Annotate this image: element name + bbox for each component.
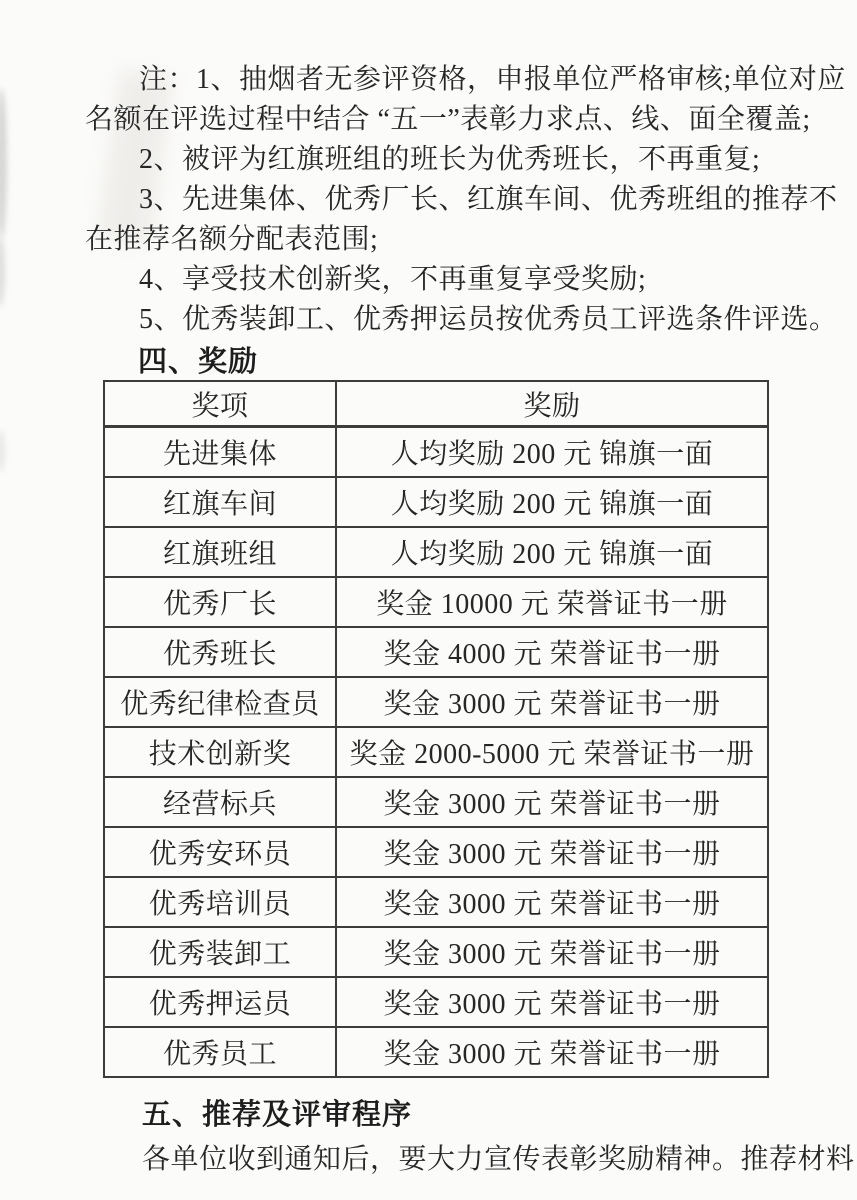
reward-cell: 奖金 3000 元 荣誉证书一册 [336,777,768,827]
reward-cell: 奖金 3000 元 荣誉证书一册 [336,877,768,927]
reward-cell: 奖金 3000 元 荣誉证书一册 [336,927,768,977]
section-heading-procedure: 五、推荐及评审程序 [142,1098,412,1132]
reward-cell: 奖金 2000-5000 元 荣誉证书一册 [336,727,768,777]
award-name-cell: 优秀厂长 [104,577,336,627]
award-name-cell: 红旗班组 [104,527,336,577]
document-page: 注：1、抽烟者无参评资格，申报单位严格审核;单位对应名额在评选过程中结合 “五一… [0,0,857,1200]
note-line: 3、先进集体、优秀厂长、红旗车间、优秀班组的推荐不 [85,180,820,220]
note-line: 5、优秀装卸工、优秀押运员按优秀员工评选条件评选。 [85,300,820,340]
table-row: 优秀纪律检查员奖金 3000 元 荣誉证书一册 [104,677,768,727]
col-header-award: 奖项 [104,381,336,427]
table-row: 优秀员工奖金 3000 元 荣誉证书一册 [104,1027,768,1077]
note-line: 名额在评选过程中结合 “五一”表彰力求点、线、面全覆盖; [85,100,820,140]
reward-cell: 人均奖励 200 元 锦旗一面 [336,527,768,577]
award-name-cell: 优秀纪律检查员 [104,677,336,727]
reward-cell: 奖金 3000 元 荣誉证书一册 [336,827,768,877]
table-row: 技术创新奖奖金 2000-5000 元 荣誉证书一册 [104,727,768,777]
award-name-cell: 优秀员工 [104,1027,336,1077]
table-row: 优秀安环员奖金 3000 元 荣誉证书一册 [104,827,768,877]
award-name-cell: 优秀安环员 [104,827,336,877]
table-row: 优秀厂长奖金 10000 元 荣誉证书一册 [104,577,768,627]
table-row: 经营标兵奖金 3000 元 荣誉证书一册 [104,777,768,827]
table-row: 红旗班组人均奖励 200 元 锦旗一面 [104,527,768,577]
reward-cell: 奖金 4000 元 荣誉证书一册 [336,627,768,677]
table-row: 优秀押运员奖金 3000 元 荣誉证书一册 [104,977,768,1027]
note-line: 注：1、抽烟者无参评资格，申报单位严格审核;单位对应 [85,60,820,100]
table-row: 先进集体人均奖励 200 元 锦旗一面 [104,427,768,478]
scan-smudge [0,236,5,306]
table-row: 优秀培训员奖金 3000 元 荣誉证书一册 [104,877,768,927]
table-header-row: 奖项 奖励 [104,381,768,427]
reward-cell: 奖金 3000 元 荣誉证书一册 [336,977,768,1027]
award-name-cell: 技术创新奖 [104,727,336,777]
note-line: 在推荐名额分配表范围; [85,220,820,260]
reward-cell: 奖金 3000 元 荣誉证书一册 [336,677,768,727]
table-row: 优秀装卸工奖金 3000 元 荣誉证书一册 [104,927,768,977]
reward-cell: 人均奖励 200 元 锦旗一面 [336,427,768,478]
table-row: 优秀班长奖金 4000 元 荣誉证书一册 [104,627,768,677]
scan-smudge [0,88,7,238]
col-header-reward: 奖励 [336,381,768,427]
note-line: 2、被评为红旗班组的班长为优秀班长，不再重复; [85,140,820,180]
award-name-cell: 优秀押运员 [104,977,336,1027]
award-name-cell: 优秀装卸工 [104,927,336,977]
reward-cell: 奖金 10000 元 荣誉证书一册 [336,577,768,627]
reward-cell: 人均奖励 200 元 锦旗一面 [336,477,768,527]
scan-smudge [0,430,5,472]
award-name-cell: 优秀培训员 [104,877,336,927]
note-line: 4、享受技术创新奖，不再重复享受奖励; [85,260,820,300]
awards-table: 奖项 奖励 先进集体人均奖励 200 元 锦旗一面红旗车间人均奖励 200 元 … [103,380,769,1078]
award-name-cell: 先进集体 [104,427,336,478]
award-name-cell: 红旗车间 [104,477,336,527]
award-name-cell: 经营标兵 [104,777,336,827]
award-name-cell: 优秀班长 [104,627,336,677]
table-row: 红旗车间人均奖励 200 元 锦旗一面 [104,477,768,527]
section-heading-awards: 四、奖励 [138,344,258,380]
closing-line: 各单位收到通知后，要大力宣传表彰奖励精神。推荐材料 [142,1140,855,1180]
notes-section: 注：1、抽烟者无参评资格，申报单位严格审核;单位对应名额在评选过程中结合 “五一… [85,60,820,340]
reward-cell: 奖金 3000 元 荣誉证书一册 [336,1027,768,1077]
